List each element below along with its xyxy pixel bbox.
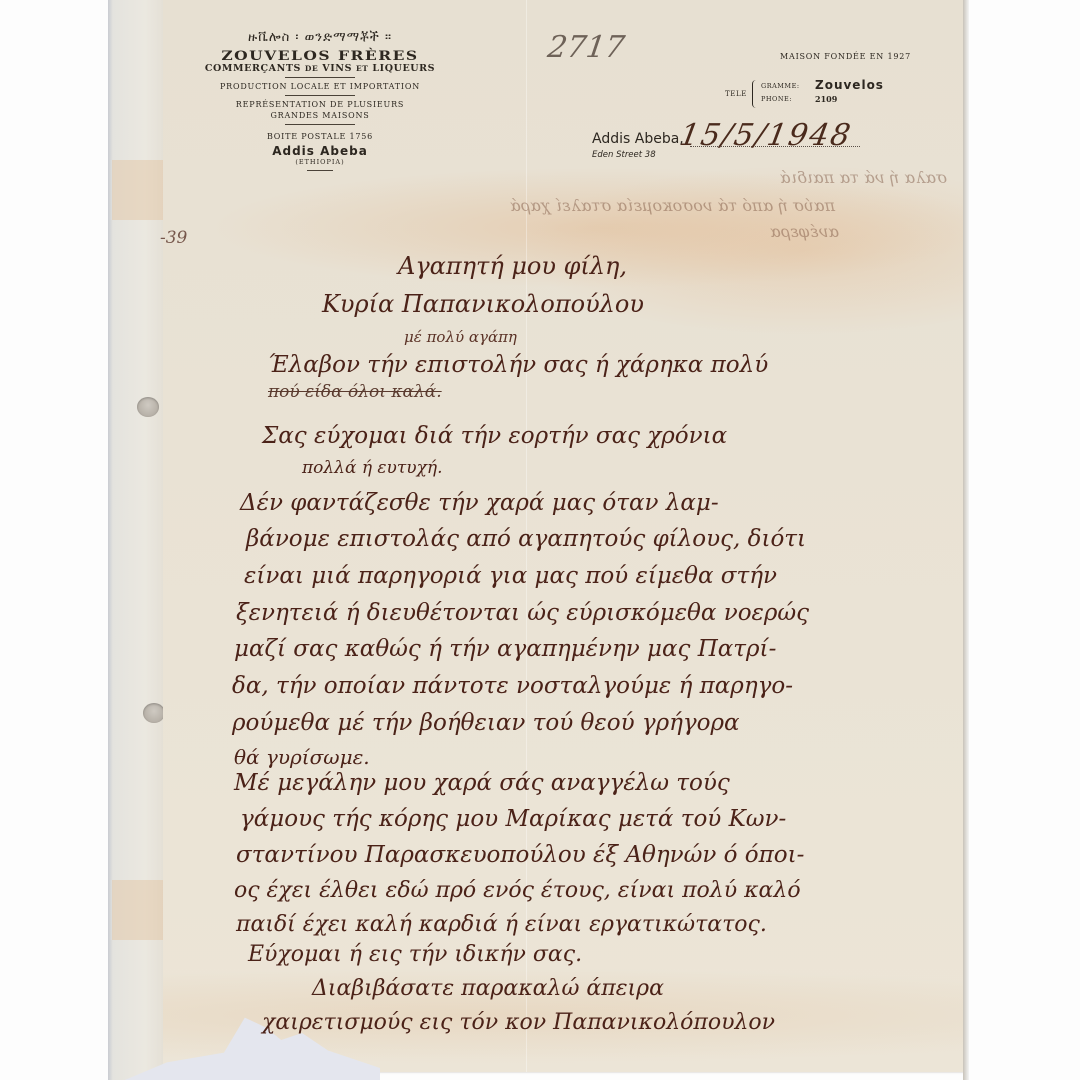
production-line: PRODUCTION LOCALE ET IMPORTATION <box>170 81 470 92</box>
backing-sheet <box>108 0 170 1080</box>
paper-stain <box>112 160 170 220</box>
divider <box>285 95 355 96</box>
tagline-word: COMMERÇANTS <box>205 63 301 74</box>
tele-label: TELE <box>725 90 747 98</box>
company-tagline: COMMERÇANTS DE VINS ET LIQUEURS <box>170 63 470 74</box>
letter-line: σταντίνου Παρασκευοπούλου έξ Αθηνών ό όπ… <box>236 842 804 868</box>
brace <box>752 80 757 108</box>
letter-line: ξενητειά ή διευθέτονται ώς εύρισκόμεθα ν… <box>236 600 809 626</box>
po-box: BOITE POSTALE 1756 <box>170 131 470 142</box>
bleed-through-text: παύσ ή από τά νοσοκομεία σταλεί χαρά <box>510 196 835 215</box>
tagline-word: LIQUEURS <box>372 63 435 74</box>
reference-number: 2717 <box>546 30 627 65</box>
letter-line: μαζί σας καθώς ή τήν αγαπημένην μας Πατρ… <box>234 636 776 662</box>
founded-line: MAISON FONDÉE EN 1927 <box>780 52 911 61</box>
letter-line: θά γυρίσωμε. <box>234 745 370 769</box>
letter-line: ος έχει έλθει εδώ πρό ενός έτους, είναι … <box>234 878 801 903</box>
letter-line: Σας εύχομαι διά τήν εορτήν σας χρόνια <box>262 423 727 449</box>
punch-hole-bottom <box>143 703 165 723</box>
punch-hole-top <box>137 397 159 417</box>
letter-line: Έλαβον τήν επιστολήν σας ή χάρηκα πολύ <box>268 352 768 378</box>
bleed-through-text: σαλα ή νά τα παιδιά <box>780 168 947 187</box>
letter-line: Διαβιβάσατε παρακαλώ άπειρα <box>312 976 664 1001</box>
letter-line: χαιρετισμούς εις τόν κον Παπανικολόπουλο… <box>262 1010 775 1035</box>
letter-line: πού είδα όλοι καλά. <box>268 382 442 402</box>
letterhead-country: (ETHIOPIA) <box>170 158 470 166</box>
divider <box>307 170 333 171</box>
tagline-word: ET <box>356 64 369 73</box>
representation-line-2: GRANDES MAISONS <box>170 110 470 121</box>
margin-note: -39 <box>160 228 187 248</box>
place-line: Addis Abeba, <box>592 131 684 147</box>
letter-line: Εύχομαι ή εις τήν ιδικήν σας. <box>248 942 582 967</box>
bleed-through-text: ανέφερα <box>770 222 839 241</box>
representation-line-1: REPRÉSENTATION DE PLUSIEURS <box>170 99 470 110</box>
letter-line: Δέν φαντάζεσθε τήν χαρά μας όταν λαμ- <box>240 490 719 516</box>
divider <box>285 124 355 125</box>
phone-number: 2109 <box>815 94 837 104</box>
tagline-word: DE <box>305 64 318 73</box>
salutation-line-1: Αγαπητή μου φίλη, <box>398 252 627 280</box>
letterhead-city: Addis Abeba <box>170 144 470 158</box>
letter-line: βάνομε επιστολάς από αγαπητούς φίλους, δ… <box>246 526 806 552</box>
amharic-company-name: ዙቬሎስ ፡ ወንድማማቾች ። <box>170 30 470 45</box>
company-name: ZOUVELOS FRÈRES <box>170 47 470 63</box>
gramme-label: GRAMME: <box>761 82 800 90</box>
tagline-word: VINS <box>322 63 352 74</box>
street-address: Eden Street 38 <box>592 150 656 160</box>
letter-line: είναι μιά παρηγοριά για μας πού είμεθα σ… <box>244 563 777 589</box>
letter-date: 15/5/1948 <box>677 118 855 153</box>
letter-line: παιδί έχει καλή καρδιά ή είναι εργατικώτ… <box>236 912 767 937</box>
letterhead: ዙቬሎስ ፡ ወንድማማቾች ። ZOUVELOS FRÈRES COMMERÇ… <box>170 30 470 174</box>
salutation-line-2: Κυρία Παπανικολοπούλου <box>322 290 644 318</box>
phone-label: PHONE: <box>761 95 792 103</box>
letter-line: ρούμεθα μέ τήν βοήθειαν τού θεού γρήγορα <box>232 710 740 736</box>
sheet-right-edge <box>963 0 969 1080</box>
letter-line: πολλά ή ευτυχή. <box>302 458 443 478</box>
telegram-address: Zouvelos <box>815 78 884 92</box>
letter-line: γάμους τής κόρης μου Μαρίκας μετά τού Κω… <box>240 806 786 832</box>
letter-line: Μέ μεγάλην μου χαρά σάς αναγγέλω τούς <box>234 770 730 796</box>
paper-stain <box>112 880 170 940</box>
divider <box>285 77 355 78</box>
letter-line: δα, τήν οποίαν πάντοτε νοσταλγούμε ή παρ… <box>232 673 793 699</box>
interline-note: μέ πολύ αγάπη <box>404 328 517 346</box>
